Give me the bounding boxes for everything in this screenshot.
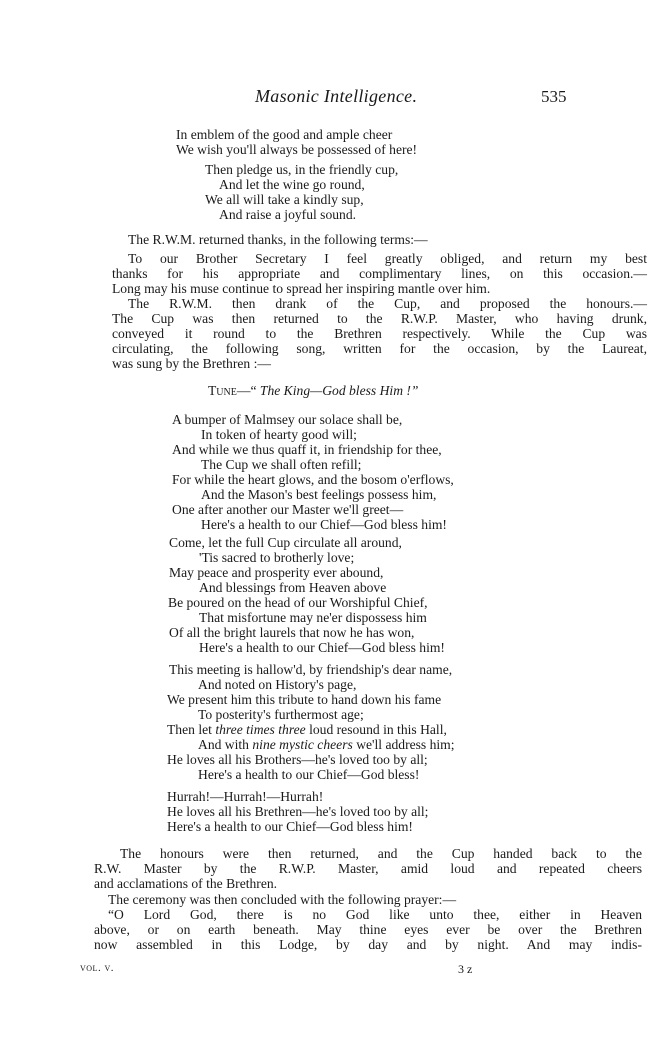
paragraph-line: The ceremony was then concluded with the… [108,892,456,907]
verse-line: And let the wine go round, [219,177,365,192]
running-head: Masonic Intelligence. 535 [0,86,669,110]
verse-line: And raise a joyful sound. [219,207,356,222]
song-line: May peace and prosperity ever abound, [169,565,383,580]
verse-line: In emblem of the good and ample cheer [176,127,392,142]
paragraph-line: was sung by the Brethren :— [112,356,271,371]
signature-mark: 3 z [458,962,472,977]
song-line: The Cup we shall often refill; [201,457,361,472]
song-text: we'll address him; [353,737,455,752]
tune-label: Tune [208,383,237,398]
song-line: That misfortune may ne'er dispossess him [199,610,427,625]
song-line: He loves all his Brothers—he's loved too… [167,752,428,767]
song-text: Then let [167,722,215,737]
song-line: Here's a health to our Chief—God bless h… [199,640,445,655]
song-line: To posterity's furthermost age; [198,707,364,722]
song-line: One after another our Master we'll greet… [172,502,403,517]
song-line: Here's a health to our Chief—God bless h… [167,819,413,834]
paragraph-line: The honours were then returned, and the … [120,846,642,861]
paragraph-line: above, or on earth beneath. May thine ey… [94,922,642,937]
paragraph-line: “O Lord God, there is no God like unto t… [108,907,642,922]
song-line: We present him this tribute to hand down… [167,692,441,707]
verse-line: We wish you'll always be possessed of he… [176,142,417,157]
song-line: He loves all his Brethren—he's loved too… [167,804,428,819]
song-line: This meeting is hallow'd, by friendship'… [169,662,452,677]
paragraph-line: thanks for his appropriate and complimen… [112,266,647,281]
verse-line: Then pledge us, in the friendly cup, [205,162,398,177]
paragraph-line: The R.W.M. returned thanks, in the follo… [128,232,428,247]
volume-marker: vol. v. [80,962,114,974]
song-emphasis: three times three [215,722,305,737]
tune-separator: —“ [237,383,260,398]
song-line: Here's a health to our Chief—God bless h… [201,517,447,532]
paragraph-line: conveyed it round to the Brethren respec… [112,326,647,341]
song-text: And with [198,737,252,752]
song-emphasis: nine mystic cheers [252,737,352,752]
song-line: And with nine mystic cheers we'll addres… [198,737,455,752]
song-line: For while the heart glows, and the bosom… [172,472,454,487]
song-line: And blessings from Heaven above [199,580,386,595]
paragraph-line: The R.W.M. then drank of the Cup, and pr… [128,296,647,311]
paragraph-line: Long may his muse continue to spread her… [112,281,490,296]
song-line: And the Mason's best feelings possess hi… [201,487,436,502]
song-line: Come, let the full Cup circulate all aro… [169,535,402,550]
paragraph-line: now assembled in this Lodge, by day and … [94,937,642,952]
song-line: And while we thus quaff it, in friendshi… [172,442,442,457]
song-line: Be poured on the head of our Worshipful … [168,595,428,610]
song-line: Here's a health to our Chief—God bless! [198,767,419,782]
song-line: Hurrah!—Hurrah!—Hurrah! [167,789,323,804]
verse-line: We all will take a kindly sup, [205,192,364,207]
paragraph-line: circulating, the following song, written… [112,341,647,356]
tune-heading: Tune—“ The King—God bless Him !” [208,383,419,398]
song-line: A bumper of Malmsey our solace shall be, [172,412,402,427]
paragraph-line: R.W. Master by the R.W.P. Master, amid l… [94,861,642,876]
song-line: And noted on History's page, [198,677,356,692]
paragraph-line: The Cup was then returned to the R.W.P. … [112,311,647,326]
paragraph-line: To our Brother Secretary I feel greatly … [128,251,647,266]
song-line: Of all the bright laurels that now he ha… [169,625,414,640]
song-line: In token of hearty good will; [201,427,357,442]
document-page: Masonic Intelligence. 535 In emblem of t… [0,0,669,1043]
running-title: Masonic Intelligence. [255,86,417,107]
song-text: loud resound in this Hall, [306,722,447,737]
song-line: 'Tis sacred to brotherly love; [199,550,354,565]
page-number: 535 [541,87,567,107]
song-line: Then let three times three loud resound … [167,722,447,737]
tune-title: The King—God bless Him !” [260,383,419,398]
paragraph-line: and acclamations of the Brethren. [94,876,277,891]
